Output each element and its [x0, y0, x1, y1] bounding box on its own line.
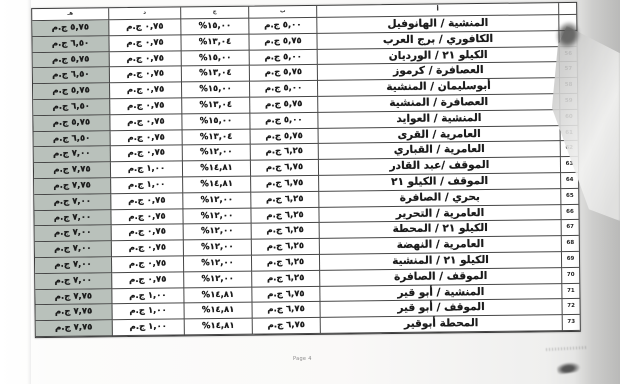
new-fare-cell: ٧,٠٠ ج.م — [35, 257, 112, 274]
increase-cell: ٠,٧٥ ج.م — [112, 256, 184, 273]
new-fare-cell: ٧,٧٥ ج.م — [36, 320, 113, 337]
increase-cell: ٠,٧٥ ج.م — [111, 193, 183, 210]
route-name-cell: المحطة أبوقير — [321, 315, 563, 334]
percent-cell: ١٢,٠٠% — [184, 240, 252, 257]
percent-cell: ١٢,٠٠% — [183, 192, 251, 209]
new-fare-cell: ٦,٥٠ ج.م — [33, 68, 110, 85]
new-fare-cell: ٧,٠٠ ج.م — [34, 147, 111, 164]
new-fare-cell: ٧,٠٠ ج.م — [34, 210, 111, 227]
fare-cell: ٦,٧٥ ج.م — [253, 318, 321, 335]
column-header-new-fare: هـ — [32, 8, 109, 21]
increase-cell: ٠,٧٥ ج.م — [109, 35, 181, 52]
new-fare-cell: ٧,٠٠ ج.م — [35, 226, 112, 243]
fare-cell: ٦,٧٥ ج.م — [252, 286, 320, 303]
scanned-document-page: هـ د ج ب أ ٥,٧٥ ج.م ٠,٧٥ ج.م ١٥,٠٠% ٥,٠٠… — [0, 0, 620, 384]
increase-cell: ٠,٧٥ ج.م — [109, 19, 181, 36]
percent-cell: ١٢,٠٠% — [184, 256, 252, 273]
increase-cell: ١,٠٠ ج.م — [113, 320, 185, 337]
fare-cell: ٥,٠٠ ج.م — [250, 81, 318, 98]
new-fare-cell: ٦,٥٠ ج.م — [33, 99, 110, 116]
fare-cell: ٦,٢٥ ج.م — [252, 223, 320, 240]
increase-cell: ٠,٧٥ ج.م — [110, 98, 182, 115]
fare-cell: ٦,٢٥ ج.م — [252, 271, 320, 288]
percent-cell: ١٣,٠٤% — [182, 98, 250, 115]
percent-cell: ١٢,٠٠% — [184, 224, 252, 241]
percent-cell: ١٥,٠٠% — [182, 82, 250, 99]
new-fare-cell: ٥,٧٥ ج.م — [33, 52, 110, 69]
percent-cell: ١٥,٠٠% — [181, 19, 249, 36]
fare-cell: ٦,٢٥ ج.م — [251, 144, 319, 161]
increase-cell: ٠,٧٥ ج.م — [110, 83, 182, 100]
percent-cell: ١٢,٠٠% — [183, 145, 251, 162]
new-fare-cell: ٧,٠٠ ج.م — [35, 273, 112, 290]
increase-cell: ١,٠٠ ج.م — [113, 304, 185, 321]
percent-cell: ١٢,٠٠% — [184, 271, 252, 288]
fare-table: هـ د ج ب أ ٥,٧٥ ج.م ٠,٧٥ ج.م ١٥,٠٠% ٥,٠٠… — [31, 2, 581, 338]
fare-cell: ٦,٧٥ ج.م — [253, 302, 321, 319]
fare-cell: ٥,٧٥ ج.م — [249, 34, 317, 51]
percent-cell: ١٣,٠٤% — [181, 34, 249, 51]
percent-cell: ١٥,٠٠% — [182, 50, 250, 67]
percent-cell: ١٤,٨١% — [185, 319, 253, 336]
new-fare-cell: ٦,٥٠ ج.م — [34, 131, 111, 148]
new-fare-cell: ٧,٧٥ ج.م — [35, 289, 112, 306]
increase-cell: ٠,٧٥ ج.م — [112, 225, 184, 242]
new-fare-cell: ٧,٧٥ ج.م — [34, 178, 111, 195]
new-fare-cell: ٧,٠٠ ج.م — [34, 194, 111, 211]
new-fare-cell: ٧,٧٥ ج.م — [36, 305, 113, 322]
fare-cell: ٦,٢٥ ج.م — [252, 239, 320, 256]
fare-cell: ٦,٢٥ ج.م — [251, 192, 319, 209]
new-fare-cell: ٦,٥٠ ج.م — [32, 36, 109, 53]
percent-cell: ١٤,٨١% — [183, 177, 251, 194]
percent-cell: ١٤,٨١% — [185, 303, 253, 320]
increase-cell: ١,٠٠ ج.م — [111, 162, 183, 179]
increase-cell: ٠,٧٥ ج.م — [110, 67, 182, 84]
increase-cell: ٠,٧٥ ج.م — [111, 209, 183, 226]
increase-cell: ٠,٧٥ ج.م — [110, 51, 182, 68]
table-body: ٥,٧٥ ج.م ٠,٧٥ ج.م ١٥,٠٠% ٥,٠٠ ج.م المنشي… — [32, 15, 580, 337]
percent-cell: ١٢,٠٠% — [183, 208, 251, 225]
percent-cell: ١٣,٠٤% — [182, 66, 250, 83]
new-fare-cell: ٥,٧٥ ج.م — [33, 115, 110, 132]
new-fare-cell: ٥,٧٥ ج.م — [33, 83, 110, 100]
column-header-percent: ج — [181, 7, 249, 20]
fare-cell: ٥,٧٥ ج.م — [250, 97, 318, 114]
new-fare-cell: ٧,٠٠ ج.م — [35, 241, 112, 258]
paper-left-edge — [27, 0, 31, 384]
percent-cell: ١٤,٨١% — [183, 161, 251, 178]
increase-cell: ٠,٧٥ ج.م — [110, 114, 182, 131]
new-fare-cell: ٥,٧٥ ج.م — [32, 20, 109, 37]
fare-cell: ٦,٧٥ ج.م — [251, 160, 319, 177]
increase-cell: ٠,٧٥ ج.م — [111, 146, 183, 163]
fare-cell: ٥,٠٠ ج.م — [250, 49, 318, 66]
column-header-fare: ب — [249, 6, 317, 19]
increase-cell: ٠,٧٥ ج.م — [112, 241, 184, 258]
increase-cell: ٠,٧٥ ج.م — [111, 130, 183, 147]
fare-cell: ٥,٧٥ ج.م — [250, 65, 318, 82]
new-fare-cell: ٧,٧٥ ج.م — [34, 162, 111, 179]
fare-cell: ٦,٢٥ ج.م — [251, 207, 319, 224]
fare-cell: ٥,٠٠ ج.م — [250, 113, 318, 130]
percent-cell: ١٣,٠٤% — [183, 129, 251, 146]
page-number-label: Page 4 — [293, 356, 312, 362]
column-header-increase: د — [109, 7, 181, 20]
increase-cell: ٠,٧٥ ج.م — [112, 272, 184, 289]
fare-cell: ٥,٧٥ ج.م — [251, 128, 319, 145]
percent-cell: ١٥,٠٠% — [182, 113, 250, 130]
fare-cell: ٦,٧٥ ج.م — [251, 176, 319, 193]
fare-cell: ٦,٢٥ ج.م — [252, 255, 320, 272]
percent-cell: ١٤,٨١% — [184, 287, 252, 304]
fare-cell: ٥,٠٠ ج.م — [249, 18, 317, 35]
increase-cell: ١,٠٠ ج.م — [112, 288, 184, 305]
increase-cell: ١,٠٠ ج.م — [111, 177, 183, 194]
